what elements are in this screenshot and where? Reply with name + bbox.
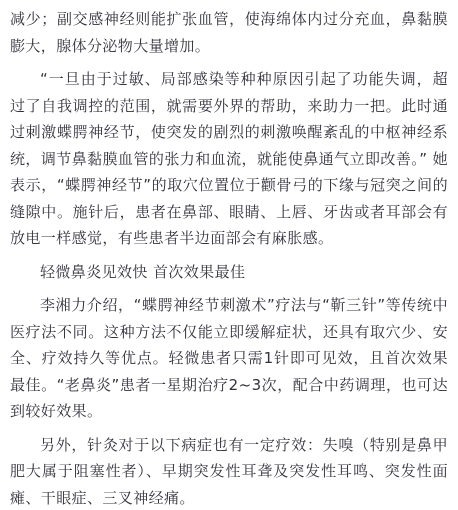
paragraph: “一旦由于过敏、局部感染等种种原因引起了功能失调，超过了自我调控的范围，就需要外… [10, 66, 448, 252]
paragraph: 减少；副交感神经则能扩张血管，使海绵体内过分充血，鼻黏膜膨大，腺体分泌物大量增加… [10, 6, 448, 59]
paragraph: 李湘力介绍，“蝶腭神经节刺激术”疗法与“靳三针”等传统中医疗法不同。这种方法不仅… [10, 292, 448, 425]
subheading: 轻微鼻炎见效快 首次效果最佳 [10, 259, 448, 286]
paragraph: 另外，针灸对于以下病症也有一定疗效：失嗅（特别是鼻甲肥大属于阻塞性者）、早期突发… [10, 432, 448, 510]
article-body: 减少；副交感神经则能扩张血管，使海绵体内过分充血，鼻黏膜膨大，腺体分泌物大量增加… [0, 0, 458, 510]
